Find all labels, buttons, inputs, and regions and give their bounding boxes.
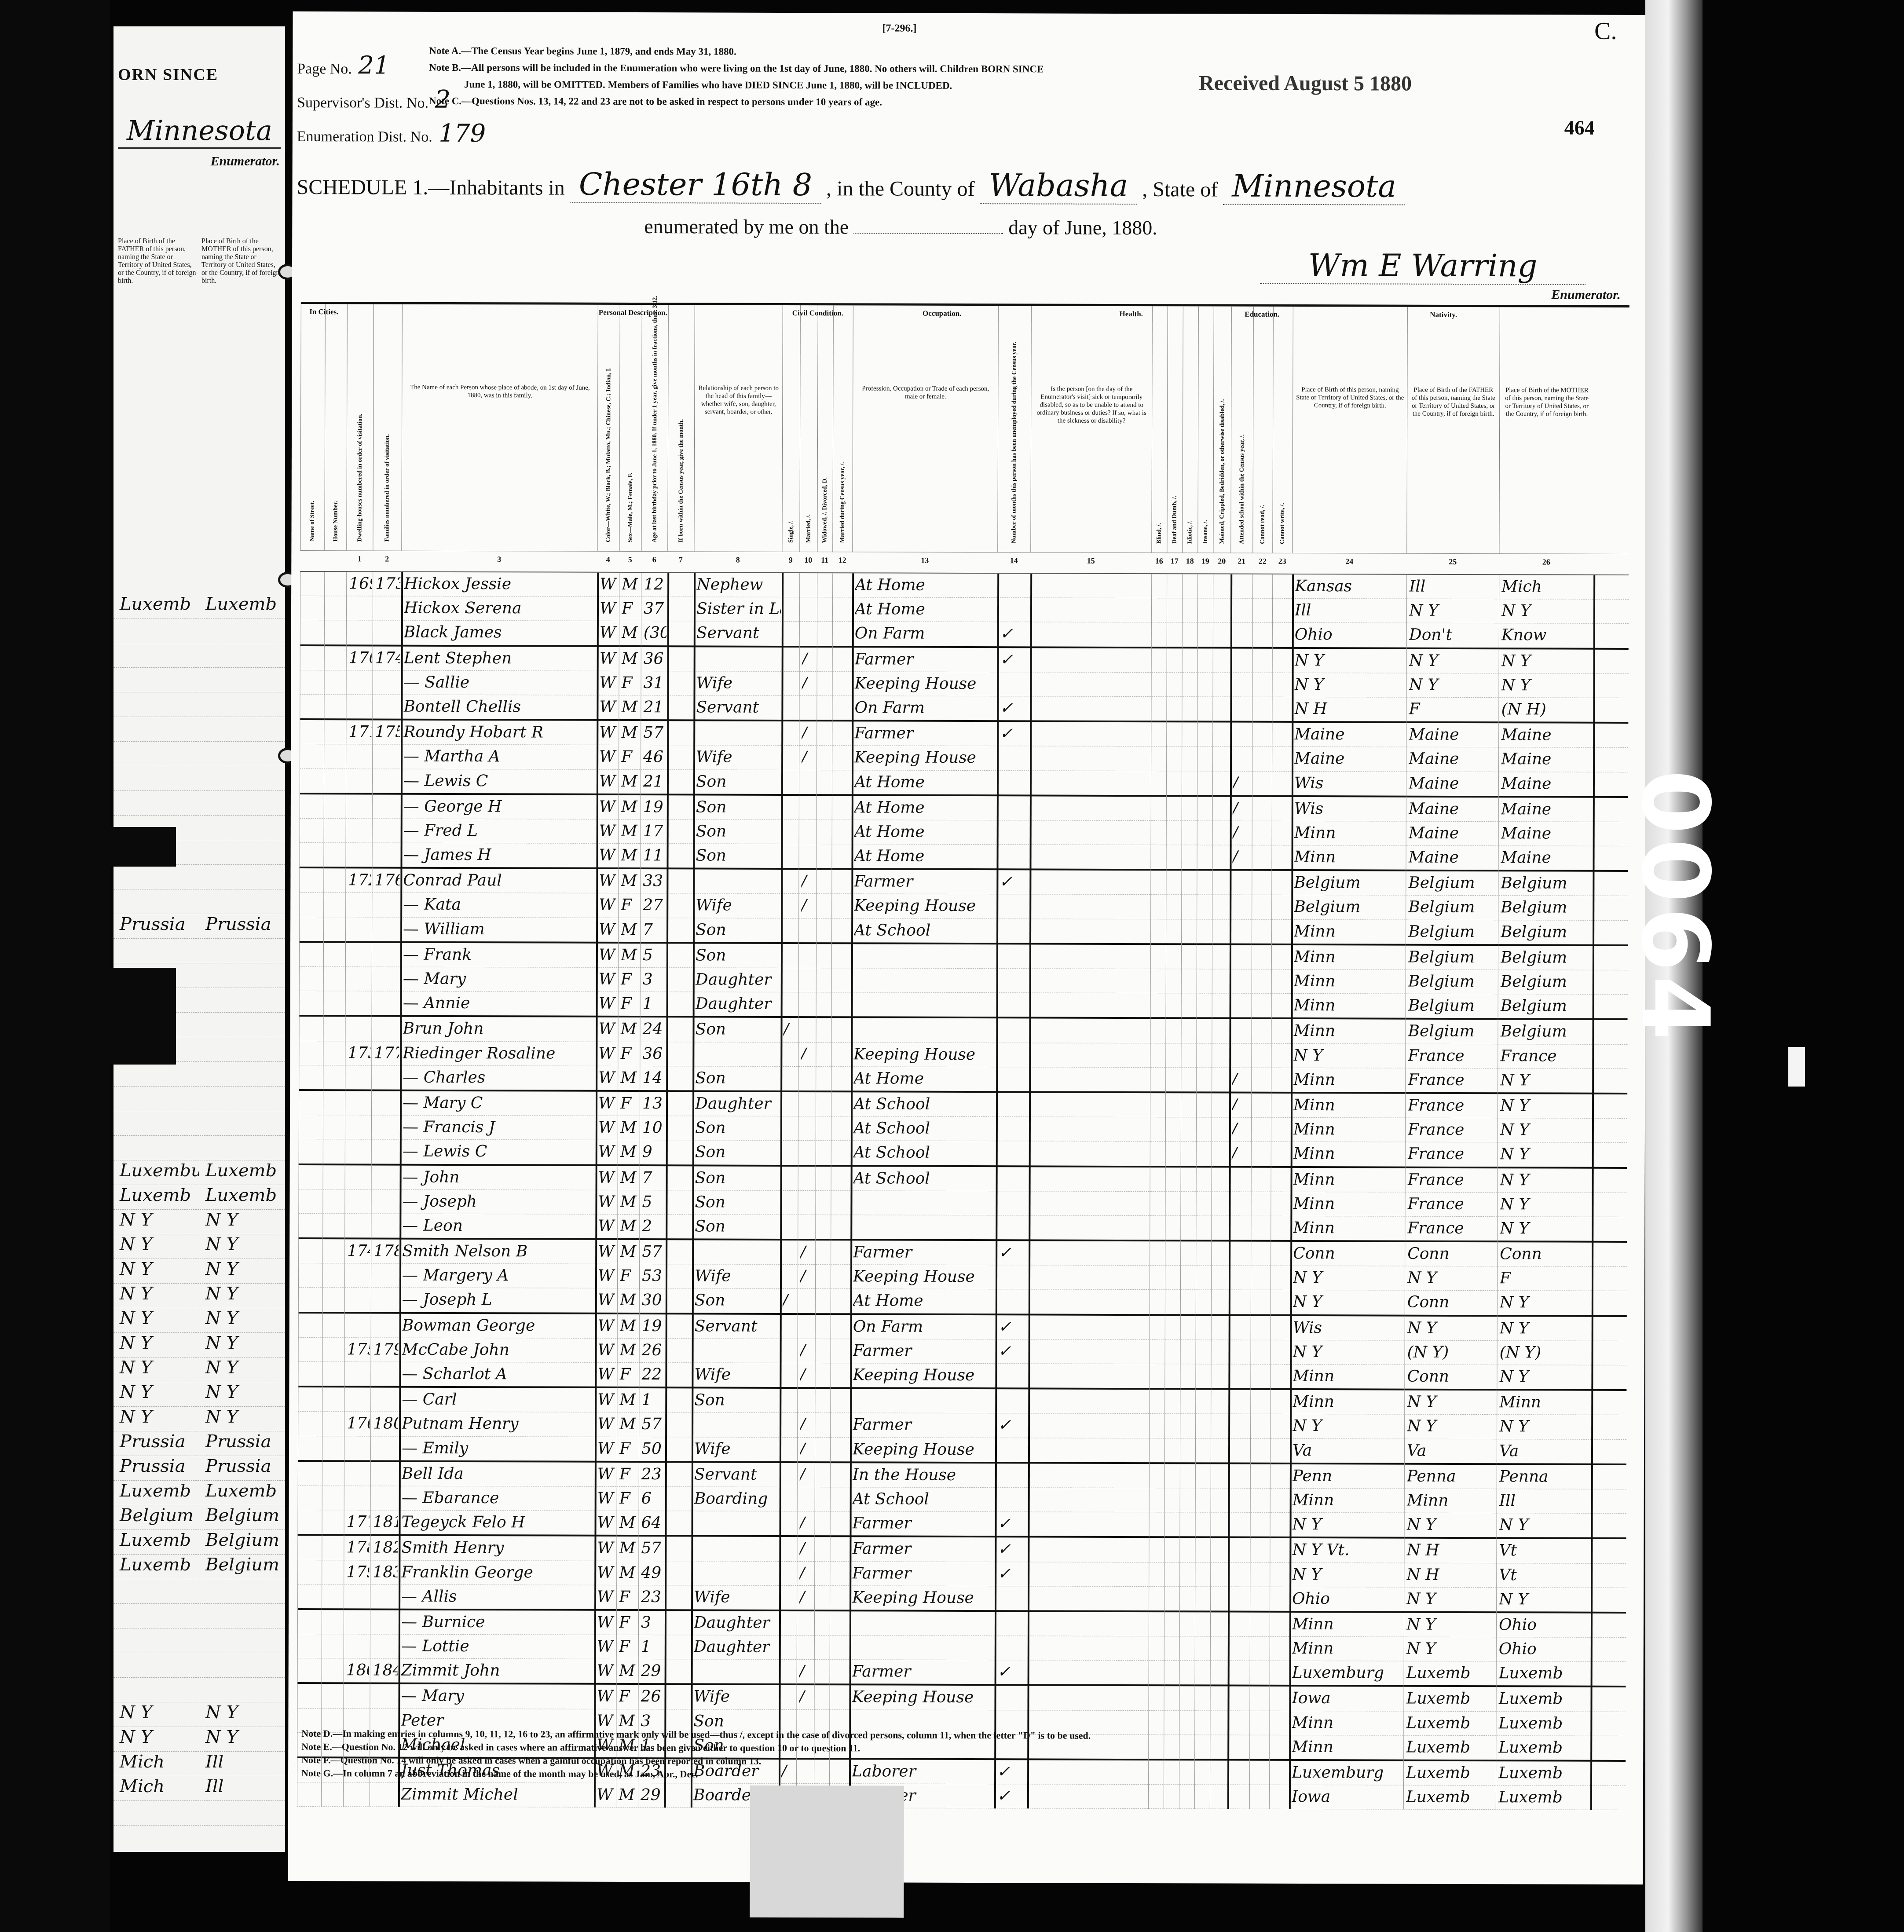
header-text-house: House Number. [332,501,339,542]
cell-color: W [597,1489,616,1508]
cell-mother-birth: Penna [1499,1467,1590,1486]
cell-mother-birth: F [1500,1269,1591,1288]
cell-sex: M [620,1143,639,1161]
left-cell-mother-birth: N Y [199,1407,285,1431]
cell-age: 29 [641,1662,664,1680]
cell-mother-birth: N Y [1501,676,1593,695]
cell-dwelling: 169 [349,574,372,593]
cell-sex: F [619,1687,637,1705]
left-table-row [114,1087,285,1111]
header-col-c20: Maimed, Crippled, Bedridden, or otherwis… [1213,306,1231,553]
cell-color: W [598,1069,617,1087]
table-row: 175179McCabe JohnWM26/Farmer✓N Y(N Y)(N … [298,1338,1627,1365]
cell-mother-birth: Ohio [1499,1640,1590,1658]
left-cell-mother-birth [199,742,285,766]
cell-dwelling: 172 [348,871,371,889]
cell-birthplace: Minn [1293,1367,1403,1386]
header-col-c22: Cannot read, /. [1252,307,1273,553]
cell-age: 23 [641,1588,664,1606]
cell-age: 53 [642,1267,665,1285]
cell-father-birth: Penna [1407,1467,1496,1486]
column-number: 11 [817,556,832,565]
header-text-c26: Place of Birth of the MOTHER of this per… [1502,386,1591,418]
left-cell-father-birth [114,1136,199,1160]
cell-name: Conrad Paul [403,871,595,890]
left-cell-father-birth [114,939,199,963]
left-table-row [114,1136,285,1160]
header-col-c24: Place of Birth of this person, naming St… [1292,307,1407,553]
cell-age: 5 [643,946,666,964]
left-table-row: N YN Y [114,1308,285,1333]
left-table-row [114,1628,285,1653]
cell-mother-birth: N Y [1500,1145,1591,1164]
table-row: — AnnieWF1DaughterMinnBelgiumBelgium18 [299,991,1628,1020]
cell-family: 180 [373,1415,398,1433]
column-number: 22 [1252,557,1272,566]
cell-father-birth: Maine [1409,750,1498,768]
table-row: 179183Franklin GeorgeWM49/Farmer✓N YN HV… [297,1560,1626,1588]
cell-name: Lent Stephen [404,649,596,667]
left-table-row: N YN Y [114,1210,285,1234]
cell-name: — Kata [403,896,595,914]
cell-father-birth: (N Y) [1407,1343,1496,1361]
table-row: Zimmit MichelWM29Boarder/Laborer✓IowaLux… [297,1782,1626,1810]
cell-father-birth: France [1408,1046,1497,1065]
cell-father-birth: Belgium [1408,898,1497,917]
cell-age: 33 [643,872,666,890]
left-table-row [114,1604,285,1628]
cell-father-birth: France [1408,1097,1497,1115]
cell-age: 10 [642,1119,665,1137]
cell-mother-birth: N Y [1500,1219,1591,1238]
left-table-row [114,742,285,766]
table-row: 174178Smith Nelson BWM57/Farmer✓ConnConn… [298,1239,1627,1267]
left-cell-father-birth: N Y [114,1333,199,1357]
header-col-street: Name of Street. [300,304,325,550]
cell-sex: M [619,1712,637,1730]
cell-age: 19 [643,798,666,816]
cell-unemployed: ✓ [997,1565,1027,1583]
cell-school: / [1232,848,1251,866]
cell-name: — Scharlot A [402,1365,594,1383]
cell-relation: Son [695,1193,779,1211]
left-cell-mother-birth [199,1801,285,1825]
cell-sex: M [620,1291,638,1309]
cell-age: 14 [642,1069,665,1087]
cell-occupation: On Farm [855,625,996,643]
cell-father-birth: Belgium [1408,1022,1497,1041]
cell-occupation: In the House [853,1466,994,1484]
cell-birthplace: Ill [1295,601,1406,620]
cell-occupation: Farmer [855,650,996,669]
left-cell-father-birth [114,1678,199,1702]
cell-married: / [799,1540,813,1558]
cell-mother-birth: N Y [1500,1171,1591,1189]
left-table-row: N YN Y [114,1234,285,1259]
cell-age: 7 [643,921,666,939]
cell-color: W [598,1291,616,1309]
cell-relation [695,1341,779,1342]
table-row: Bontell ChellisWM21ServantOn Farm✓N HF(N… [300,695,1628,724]
cell-father-birth: Luxemb [1406,1788,1495,1807]
cell-mother-birth: Maine [1501,750,1592,768]
left-cell-father-birth: N Y [114,1259,199,1283]
cell-color: W [599,896,617,914]
cell-mother-birth: N Y [1500,1319,1591,1338]
left-col-26-desc: Place of Birth of the MOTHER of this per… [201,238,281,285]
cell-birthplace: Minn [1293,1096,1404,1115]
left-cell-mother-birth: Prussia [199,1456,285,1480]
table-row: Hickox SerenaWF37Sister in LawAt HomeIll… [300,596,1629,624]
cell-color: W [599,846,617,864]
left-table-row: N YN Y [114,1702,285,1727]
table-row: 178182Smith HenryWM57/Farmer✓N Y Vt.N HV… [297,1536,1626,1563]
cell-mother-birth: Belgium [1501,923,1592,941]
cell-relation: Son [695,1217,779,1236]
cell-birthplace: N Y Vt. [1292,1541,1403,1559]
table-row: 176180Putnam HenryWM57/Farmer✓N YN YN Y3… [298,1412,1626,1439]
cell-father-birth: N Y [1407,1319,1496,1337]
cell-father-birth: Maine [1408,849,1497,867]
header-col-c9: Single, /. [782,305,800,552]
cell-relation: Servant [695,1317,779,1336]
cell-color: W [597,1391,616,1409]
left-cell-father-birth: Luxemb [114,1185,199,1209]
cell-name: Black James [404,623,596,642]
cell-birthplace: Belgium [1294,898,1405,916]
cell-occupation: Keeping House [853,1045,995,1064]
cell-occupation [853,1218,995,1218]
left-cell-father-birth: N Y [114,1284,199,1308]
cell-relation: Daughter [694,1614,778,1632]
cell-family: 177 [374,1044,399,1062]
cell-father-birth: Maine [1409,774,1498,793]
header-col-c2: Families numbered in order of visitation… [373,304,402,550]
cell-birthplace: N Y [1293,1343,1404,1361]
cell-color: W [598,1267,616,1285]
cell-mother-birth: Belgium [1501,948,1592,967]
cell-sex: M [620,1119,639,1137]
cell-sex: F [621,995,639,1013]
cell-sex: M [621,698,640,716]
cell-relation [695,1243,779,1243]
cell-sex: F [620,1094,639,1112]
cell-birthplace: Ohio [1292,1590,1403,1608]
column-number: 23 [1272,557,1292,566]
cell-age: 26 [642,1341,665,1359]
cell-occupation [854,947,996,947]
cell-relation [696,872,780,873]
cell-occupation: Keeping House [853,1440,994,1459]
cell-occupation: Keeping House [852,1588,994,1607]
cell-age: 26 [641,1687,663,1705]
form-code: [7-296.] [882,22,916,34]
cell-age: 21 [643,698,666,716]
header-text-c6: Age at last birthday prior to June 1, 18… [651,296,659,542]
header-col-c8: Relationship of each person to the head … [694,305,782,552]
left-cell-father-birth [114,865,199,889]
left-cell-father-birth: Prussia [114,914,199,938]
cell-occupation [854,995,996,996]
cell-occupation: Keeping House [853,1268,995,1286]
corner-letter: C. [1594,17,1617,45]
table-row: Bowman GeorgeWM19ServantOn Farm✓WisN YN … [298,1314,1627,1341]
left-cell-mother-birth [199,692,285,717]
cell-mother-birth: N Y [1499,1516,1590,1534]
cell-age: 1 [641,1391,664,1409]
left-cell-mother-birth [199,1111,285,1135]
cell-sex: F [619,1439,638,1457]
column-number: 9 [782,556,799,565]
cell-sex: M [621,798,640,816]
header-text-c23: Cannot write, /. [1279,503,1286,544]
cell-occupation: Keeping House [853,1366,994,1384]
cell-birthplace: N Y [1295,676,1406,694]
cell-mother-birth: Luxemb [1499,1664,1590,1683]
cell-color: W [597,1539,615,1557]
cell-father-birth: Maine [1409,824,1498,842]
cell-age: 31 [644,674,666,692]
left-cell-father-birth [114,692,199,717]
cell-birthplace: Conn [1293,1244,1404,1263]
cell-mother-birth: Maine [1501,824,1592,843]
left-table-row [114,668,285,692]
left-cell-father-birth [114,618,199,643]
cell-dwelling: 180 [346,1661,369,1680]
cell-birthplace: Minn [1294,948,1405,966]
page-no-label: Page No. [297,61,352,77]
left-table-row [114,1062,285,1087]
left-cell-mother-birth [199,840,285,864]
cell-sex: F [621,748,640,766]
cell-color: W [598,1168,617,1186]
cell-color: W [599,724,618,742]
cell-school: / [1232,1120,1250,1138]
cell-age: 57 [641,1415,664,1433]
group-occupation: Occupation. [853,309,1031,318]
table-row: 171175Roundy Hobart RWM57/Farmer✓MaineMa… [300,720,1628,748]
left-table-row [114,939,285,963]
cell-father-birth: N Y [1406,1640,1495,1658]
table-row: — LeonWM2SonMinnFranceN Y27 [298,1214,1627,1243]
cell-color: W [599,772,618,790]
header-text-c19: Insane, /. [1202,520,1209,544]
cell-father-birth: Conn [1407,1368,1496,1386]
cell-birthplace: Wis [1294,774,1405,792]
cell-relation: Wife [696,748,780,767]
header-text-c2: Families numbered in order of visitation… [384,434,391,542]
cell-unemployed: ✓ [1000,625,1029,643]
cell-color: W [597,1439,616,1457]
cell-father-birth: Luxemb [1406,1664,1495,1683]
film-frame-number: 0064 [1621,770,1729,1044]
cell-father-birth: Don't [1409,626,1498,644]
cell-name: Smith Nelson B [402,1242,594,1261]
county-label: , in the County of [826,177,974,201]
film-marker [1788,1047,1805,1087]
cell-name: — Ebarance [402,1489,594,1508]
enumeration-value: 179 [439,119,486,148]
left-cell-mother-birth [199,1628,285,1653]
cell-occupation: At Home [855,600,996,619]
cell-color: W [597,1638,615,1656]
cell-sex: M [619,1786,637,1804]
cell-age: (30) [644,624,666,642]
left-cell-father-birth: Luxemb [114,1555,199,1579]
header-text-c17: Deaf and Dumb, /. [1171,496,1178,544]
left-table-row: N YN Y [114,1333,285,1358]
cell-married: / [800,1466,814,1484]
column-number: 13 [852,556,997,565]
column-number: 5 [619,555,641,564]
cell-father-birth: Belgium [1408,874,1497,893]
cell-father-birth: France [1407,1195,1496,1213]
header-text-c3: The Name of each Person whose place of a… [405,384,595,400]
cell-name: — Margery A [402,1266,594,1285]
cell-sex: M [622,649,640,667]
table-row: — Margery AWF53Wife/Keeping HouseN YN YF… [298,1263,1627,1291]
cell-sex: F [619,1465,638,1483]
left-cell-mother-birth [199,766,285,790]
cell-color: W [599,798,618,816]
cell-relation: Son [695,1169,780,1187]
cell-name: Zimmit Michel [401,1786,593,1804]
header-text-c5: Sex—Male, M.; Female, F. [627,472,634,542]
header-text-c14: Number of months this person has been un… [1011,342,1018,543]
table-row: 170174Lent StephenWM36/Farmer✓N YN YN Y4 [300,646,1629,674]
cell-sex: M [619,1662,637,1680]
table-row: — AllisWF23Wife/Keeping HouseOhioN YN Y4… [297,1584,1626,1614]
left-table-row: LuxemburgLuxemb [114,1160,285,1185]
cell-sex: F [620,1044,639,1062]
cell-father-birth: Ill [1409,578,1498,596]
cell-unemployed: ✓ [998,1244,1028,1262]
left-cell-father-birth [114,742,199,766]
cell-married: / [802,674,816,692]
left-cell-mother-birth: N Y [199,1382,285,1406]
left-cell-father-birth [114,1111,199,1135]
left-table-row [114,1111,285,1136]
left-cell-mother-birth: Belgium [199,1555,285,1579]
cell-unemployed: ✓ [999,873,1029,891]
cell-sex: M [620,1069,639,1087]
note-b: Note B.—All persons will be included in … [429,59,1044,78]
cell-name: — Lottie [401,1637,593,1656]
cell-father-birth: Belgium [1408,997,1497,1015]
cell-relation: Son [696,822,780,841]
cell-relation: Son [696,798,780,816]
cell-color: W [597,1687,615,1705]
cell-father-birth: Conn [1407,1293,1496,1312]
cell-occupation: At Home [854,847,996,865]
cell-birthplace: Minn [1293,1071,1404,1089]
cell-color: W [597,1712,615,1730]
cell-name: — Martha A [403,747,596,766]
left-cell-father-birth: N Y [114,1382,199,1406]
left-cell-mother-birth: N Y [199,1284,285,1308]
left-cell-father-birth [114,1801,199,1825]
left-table-row: MichIll [114,1752,285,1776]
cell-occupation: Farmer [852,1663,994,1681]
cell-name: — Charles [403,1068,595,1087]
cell-occupation: At School [853,1144,995,1162]
left-cell-mother-birth [199,717,285,741]
cell-age: 57 [643,724,666,742]
cell-birthplace: Wis [1293,1319,1404,1337]
left-cell-father-birth: N Y [114,1702,199,1727]
cell-age: 11 [643,846,666,864]
left-table-row [114,1579,285,1604]
cell-name: — John [403,1168,595,1186]
schedule-prefix: SCHEDULE 1.—Inhabitants in [297,176,564,200]
torn-edge [110,968,176,1065]
cell-relation: Daughter [695,1094,780,1113]
cell-unemployed: ✓ [998,1515,1027,1533]
cell-married: / [800,1514,814,1532]
cell-relation [694,1564,778,1564]
cell-mother-birth: N Y [1501,652,1593,670]
cell-birthplace: Minn [1292,1615,1403,1634]
cell-relation: Son [695,1292,779,1310]
census-page: [7-296.] C. Page No. 21 Supervisor's Dis… [288,11,1648,1884]
cell-school: / [1233,799,1251,817]
cell-sex: M [619,1539,637,1557]
left-cell-father-birth: Belgium [114,1505,199,1529]
cell-age: 3 [643,970,666,988]
enumerated-prefix: enumerated by me on the [644,215,849,238]
header-text-c7: If born within the Census year, give the… [677,419,685,542]
cell-dwelling: 179 [346,1563,369,1581]
table-row: — BurniceWF3DaughterMinnN YOhio43 [297,1610,1626,1638]
cell-father-birth: Belgium [1408,973,1497,991]
cell-mother-birth: Maine [1501,775,1592,793]
cell-occupation [854,971,996,971]
cell-occupation: At Home [853,1292,995,1310]
cell-relation [694,1662,778,1663]
cell-school: / [1233,774,1251,792]
left-cell-mother-birth: Luxemb [199,1481,285,1505]
left-cell-mother-birth: N Y [199,1210,285,1234]
left-cell-father-birth: Luxemb [114,594,199,618]
cell-sex: M [621,772,640,790]
cell-age: 5 [642,1193,665,1211]
cell-color: W [599,920,617,938]
cell-age: 23 [641,1465,664,1483]
header-col-c10: Married, /. [799,305,817,552]
cell-birthplace: Penn [1293,1467,1403,1486]
header-text-c21: Attended school within the Census year, … [1238,434,1246,544]
left-table-row [114,1678,285,1702]
cell-birthplace: N Y [1293,1417,1403,1435]
cell-birthplace: Maine [1294,750,1405,768]
left-cell-father-birth: Mich [114,1752,199,1776]
cell-birthplace: N Y [1295,651,1406,670]
cell-mother-birth: Va [1499,1442,1590,1460]
cell-name: — Mary C [403,1094,595,1112]
header-col-c11: Widowed, /. Divorced, D. [817,305,833,552]
cell-single: / [783,1292,797,1310]
cell-name: Putnam Henry [402,1415,594,1433]
cell-mother-birth: Belgium [1501,899,1592,917]
left-cell-mother-birth: Prussia [199,914,285,938]
cell-father-birth: Belgium [1408,922,1497,941]
cell-married: / [800,1366,814,1384]
left-cell-father-birth: Luxemb [114,1530,199,1554]
cell-color: W [600,575,618,593]
cell-occupation: At School [853,1169,995,1188]
cell-birthplace: Minn [1294,996,1405,1015]
left-cell-father-birth [114,791,199,815]
